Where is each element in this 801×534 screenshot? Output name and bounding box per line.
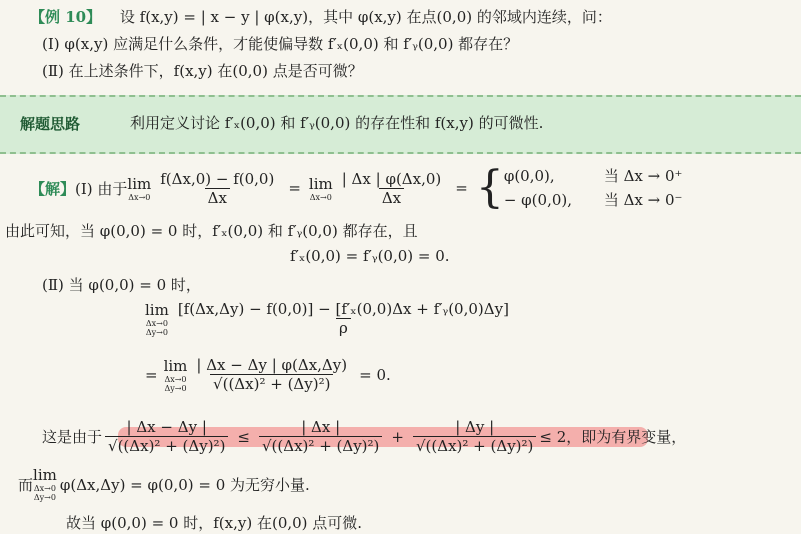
equals: = <box>455 179 468 197</box>
lim-sub: Δx→0 <box>128 193 150 202</box>
frac-num: | Δy | <box>452 418 497 436</box>
cases: φ(0,0),当 Δx → 0⁺ − φ(0,0),当 Δx → 0⁻ <box>504 164 683 212</box>
equals: = <box>288 179 301 197</box>
frac-den: √((Δx)² + (Δy)²) <box>259 436 382 455</box>
and-text: φ(Δx,Δy) = φ(0,0) = 0 为无穷小量. <box>60 474 310 495</box>
final-conclusion: 故当 φ(0,0) = 0 时，f(x,y) 在(0,0) 点可微. <box>66 512 362 533</box>
part1-intro: (Ⅰ) 由于 <box>75 178 127 199</box>
equals: = <box>145 366 158 384</box>
because-suffix: ≤ 2，即为有界变量， <box>539 426 686 447</box>
bound-fraction-1: | Δx − Δy |√((Δx)² + (Δy)²) <box>105 418 228 455</box>
frac-den: ρ <box>336 318 351 337</box>
lim-text: lim <box>127 175 151 193</box>
lim-text: lim <box>164 357 188 375</box>
result-zero: = 0. <box>359 366 391 384</box>
limit-2: limΔx→0 <box>309 175 333 202</box>
lim-text: lim <box>145 301 169 319</box>
lim-sub: Δy→0 <box>34 493 56 502</box>
result-1: f′ₓ(0,0) = f′ᵧ(0,0) = 0. <box>290 247 450 265</box>
infinitesimal-line: 而 limΔx→0Δy→0 φ(Δx,Δy) = φ(0,0) = 0 为无穷小… <box>18 466 310 502</box>
limit-5: limΔx→0Δy→0 <box>33 466 57 502</box>
case-1-condition: 当 Δx → 0⁺ <box>604 167 683 185</box>
frac-num: | Δx | φ(Δx,0) <box>339 170 445 188</box>
bound-fraction-2: | Δx |√((Δx)² + (Δy)²) <box>259 418 382 455</box>
left-brace: { <box>476 166 504 210</box>
frac-num: | Δx − Δy | <box>124 418 210 436</box>
frac-den: √((Δx)² + (Δy)²) <box>210 374 333 393</box>
lim-sub: Δx→0 <box>146 319 168 328</box>
less-equal: ≤ <box>237 428 250 446</box>
frac-den: Δx <box>205 188 230 207</box>
frac-num: f(Δx,0) − f(0,0) <box>157 170 277 188</box>
frac-num: | Δx | <box>298 418 343 436</box>
lim-sub: Δy→0 <box>164 384 186 393</box>
limit-4: limΔx→0Δy→0 <box>164 357 188 393</box>
problem-part-2: (Ⅱ) 在上述条件下，f(x,y) 在(0,0) 点是否可微？ <box>42 60 363 81</box>
hint-text: 利用定义讨论 f′ₓ(0,0) 和 f′ᵧ(0,0) 的存在性和 f(x,y) … <box>130 112 543 133</box>
frac-den: √((Δx)² + (Δy)²) <box>105 436 228 455</box>
hint-label: 解题思路 <box>20 113 80 134</box>
conclusion-1: 由此可知，当 φ(0,0) = 0 时，f′ₓ(0,0) 和 f′ᵧ(0,0) … <box>5 220 418 241</box>
lim-sub: Δx→0 <box>164 375 186 384</box>
case-2-condition: 当 Δx → 0⁻ <box>604 191 683 209</box>
frac-den: √((Δx)² + (Δy)²) <box>413 436 536 455</box>
fraction-4: | Δx − Δy | φ(Δx,Δy)√((Δx)² + (Δy)²) <box>193 356 350 393</box>
part2-intro: (Ⅱ) 当 φ(0,0) = 0 时， <box>42 274 201 295</box>
problem-part-1: (Ⅰ) φ(x,y) 应满足什么条件，才能使偏导数 f′ₓ(0,0) 和 f′ᵧ… <box>42 33 518 54</box>
case-2-value: − φ(0,0), <box>504 188 604 212</box>
lim-text: lim <box>33 466 57 484</box>
problem-stem: 设 f(x,y) = | x − y | φ(x,y)，其中 φ(x,y) 在点… <box>120 8 612 26</box>
lim-sub: Δx→0 <box>310 193 332 202</box>
frac-num: | Δx − Δy | φ(Δx,Δy) <box>193 356 350 374</box>
plus: + <box>391 428 404 446</box>
example-tag: 【例 10】 <box>30 8 101 26</box>
limit-1: limΔx→0 <box>127 175 151 202</box>
lim-text: lim <box>309 175 333 193</box>
limit-expression-2: = limΔx→0Δy→0 | Δx − Δy | φ(Δx,Δy)√((Δx)… <box>145 356 391 393</box>
hint-box: 解题思路 利用定义讨论 f′ₓ(0,0) 和 f′ᵧ(0,0) 的存在性和 f(… <box>0 95 801 154</box>
limit-expression-1: limΔx→0Δy→0 [f(Δx,Δy) − f(0,0)] − [f′ₓ(0… <box>145 300 515 337</box>
fraction-1: f(Δx,0) − f(0,0)Δx <box>157 170 277 207</box>
fraction-3: [f(Δx,Δy) − f(0,0)] − [f′ₓ(0,0)Δx + f′ᵧ(… <box>175 300 512 337</box>
solution-part-1-line: 【解】 (Ⅰ) 由于 limΔx→0 f(Δx,0) − f(0,0)Δx = … <box>30 163 682 213</box>
lim-sub: Δx→0 <box>34 484 56 493</box>
because-line: 这是由于 | Δx − Δy |√((Δx)² + (Δy)²) ≤ | Δx … <box>42 418 686 455</box>
solution-tag: 【解】 <box>30 178 75 199</box>
because-prefix: 这是由于 <box>42 426 102 447</box>
frac-den: Δx <box>379 188 404 207</box>
case-1-value: φ(0,0), <box>504 164 604 188</box>
frac-num: [f(Δx,Δy) − f(0,0)] − [f′ₓ(0,0)Δx + f′ᵧ(… <box>175 300 512 318</box>
and-prefix: 而 <box>18 474 33 495</box>
fraction-2: | Δx | φ(Δx,0)Δx <box>339 170 445 207</box>
lim-sub: Δy→0 <box>146 328 168 337</box>
bound-fraction-3: | Δy |√((Δx)² + (Δy)²) <box>413 418 536 455</box>
problem-line-1: 【例 10】 设 f(x,y) = | x − y | φ(x,y)，其中 φ(… <box>30 6 612 27</box>
limit-3: limΔx→0Δy→0 <box>145 301 169 337</box>
